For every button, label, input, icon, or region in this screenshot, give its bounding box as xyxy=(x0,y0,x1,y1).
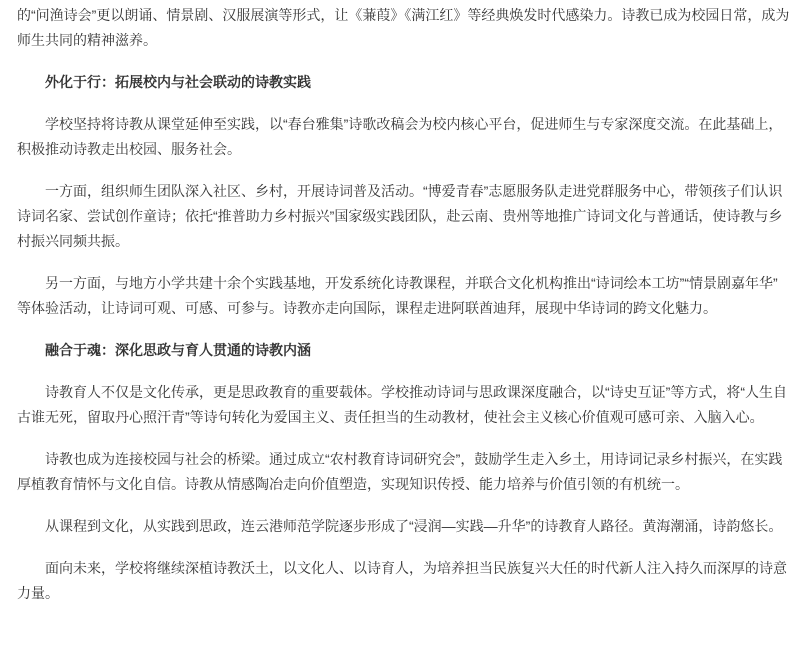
article-paragraph: 从课程到文化，从实践到思政，连云港师范学院逐步形成了“浸润—实践—升华”的诗教育… xyxy=(17,514,791,539)
article-paragraph: 一方面，组织师生团队深入社区、乡村，开展诗词普及活动。“博爱青春”志愿服务队走进… xyxy=(17,179,791,254)
article-paragraph: 另一方面，与地方小学共建十余个实践基地，开发系统化诗教课程，并联合文化机构推出“… xyxy=(17,271,791,321)
article-paragraph: 面向未来，学校将继续深植诗教沃土，以文化人、以诗育人，为培养担当民族复兴大任的时… xyxy=(17,556,791,606)
article-paragraph: 学校坚持将诗教从课堂延伸至实践，以“春台雅集”诗歌改稿会为校内核心平台，促进师生… xyxy=(17,112,791,162)
section-heading: 外化于行：拓展校内与社会联动的诗教实践 xyxy=(17,70,791,95)
article-body: 的“问渔诗会”更以朗诵、情景剧、汉服展演等形式，让《蒹葭》《满江红》等经典焕发时… xyxy=(17,3,791,606)
article-paragraph: 诗教育人不仅是文化传承，更是思政教育的重要载体。学校推动诗词与思政课深度融合，以… xyxy=(17,380,791,430)
article-paragraph: 的“问渔诗会”更以朗诵、情景剧、汉服展演等形式，让《蒹葭》《满江红》等经典焕发时… xyxy=(17,3,791,53)
article-page: 的“问渔诗会”更以朗诵、情景剧、汉服展演等形式，让《蒹葭》《满江红》等经典焕发时… xyxy=(0,0,799,662)
section-heading: 融合于魂：深化思政与育人贯通的诗教内涵 xyxy=(17,338,791,363)
article-paragraph: 诗教也成为连接校园与社会的桥梁。通过成立“农村教育诗词研究会”，鼓励学生走入乡土… xyxy=(17,447,791,497)
